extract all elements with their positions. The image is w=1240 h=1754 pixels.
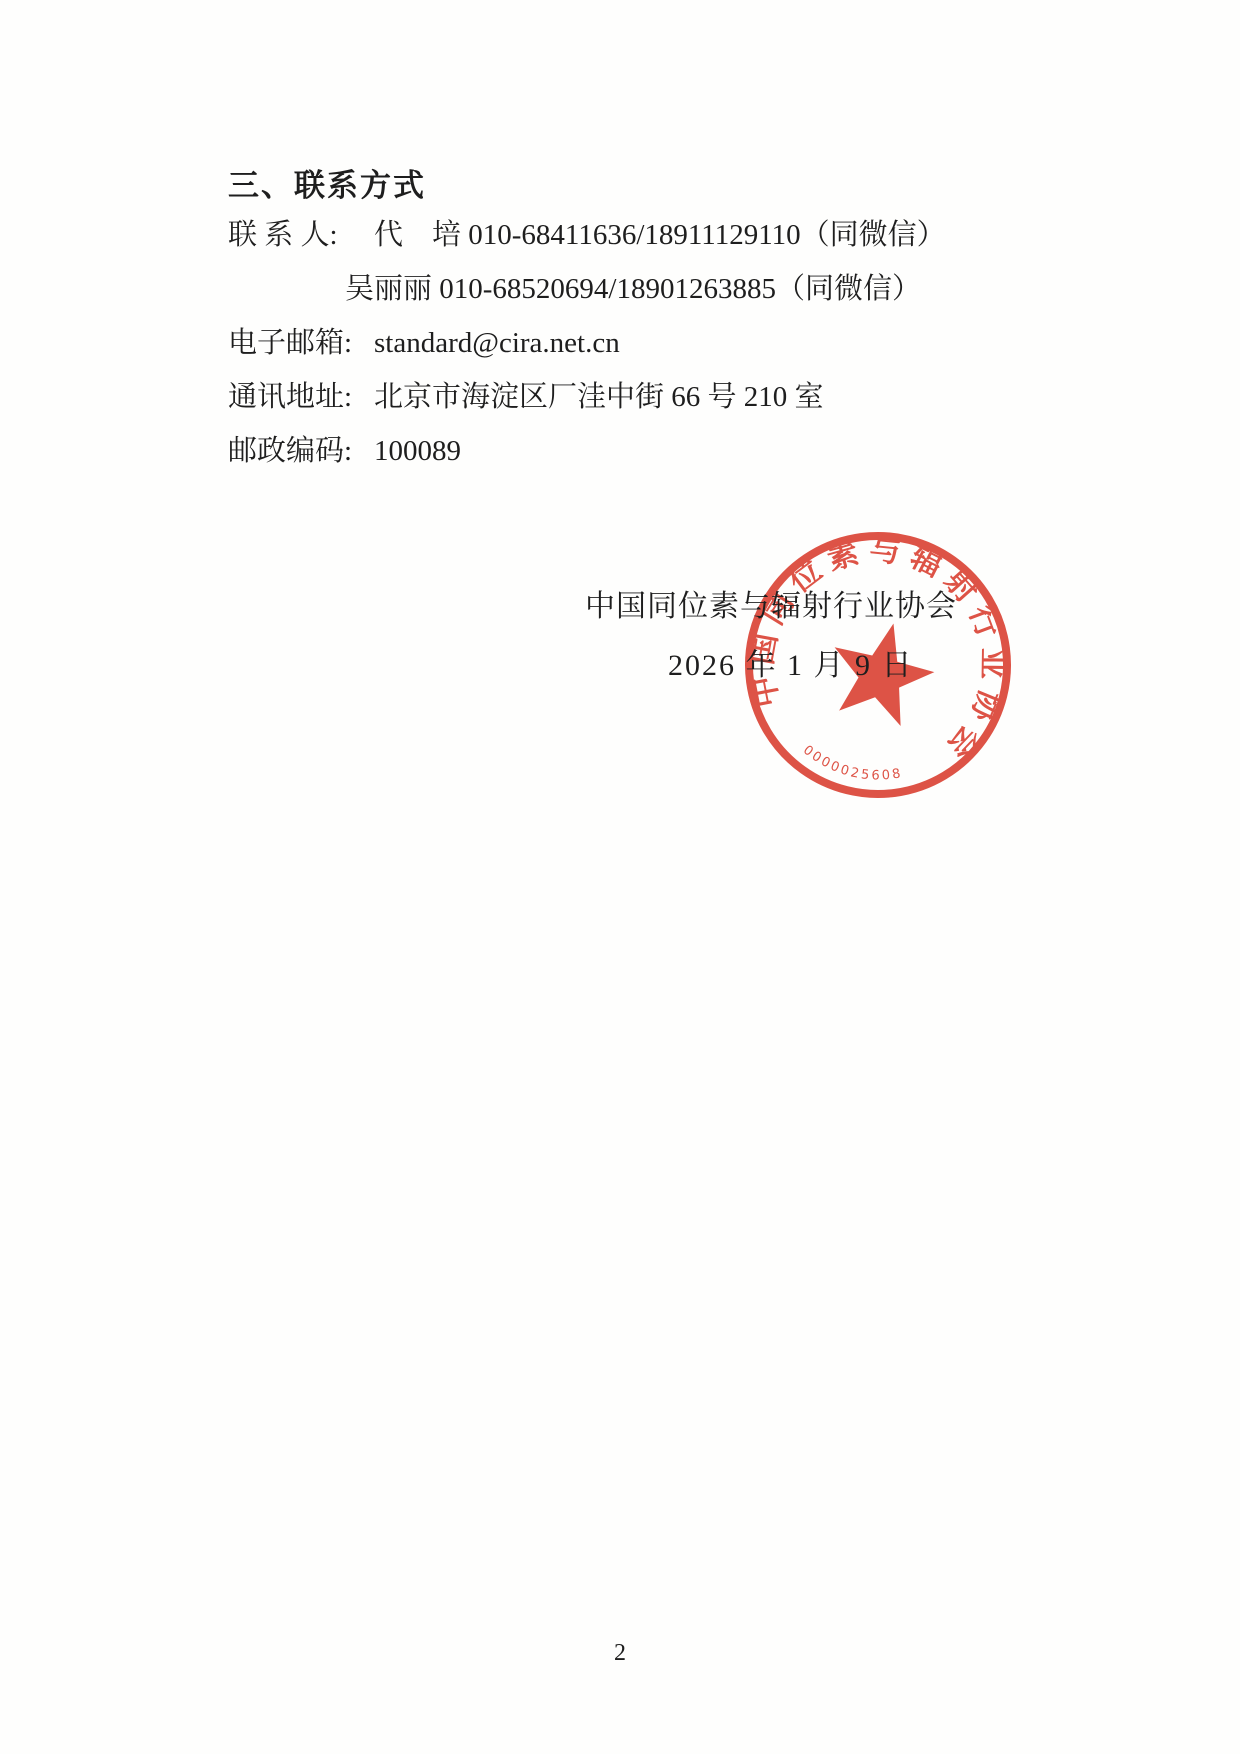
contact-person-row-2: 吴丽丽 010-68520694/18901263885（同微信） [228, 262, 946, 316]
postal-code-row: 邮政编码: 100089 [228, 424, 946, 478]
document-page: 中国同位素与辐射行业协会 00000256083 三、联系方式 联 系 人: 代… [0, 0, 1240, 1754]
contact-person-row: 联 系 人: 代 培 010-68411636/18911129110（同微信） [228, 208, 946, 262]
postal-code-value: 100089 [374, 424, 461, 478]
page-number: 2 [0, 1640, 1240, 1667]
postal-code-label: 邮政编码: [228, 424, 374, 478]
email-value: standard@cira.net.cn [374, 316, 620, 370]
email-label: 电子邮箱: [228, 316, 374, 370]
address-value: 北京市海淀区厂洼中街 66 号 210 室 [374, 370, 824, 424]
signature-organization: 中国同位素与辐射行业协会 [585, 581, 957, 625]
contact-info-block: 联 系 人: 代 培 010-68411636/18911129110（同微信）… [228, 208, 946, 478]
contact-person-2-value: 吴丽丽 010-68520694/18901263885（同微信） [345, 262, 921, 316]
contact-person-label: 联 系 人: [228, 208, 374, 262]
contact-person-value: 代 培 010-68411636/18911129110（同微信） [374, 208, 946, 262]
email-row: 电子邮箱: standard@cira.net.cn [228, 316, 946, 370]
section-heading: 三、联系方式 [228, 160, 426, 205]
address-label: 通讯地址: [228, 370, 374, 424]
address-row: 通讯地址: 北京市海淀区厂洼中街 66 号 210 室 [228, 370, 946, 424]
signature-date: 2026 年 1 月 9 日 [668, 640, 914, 684]
